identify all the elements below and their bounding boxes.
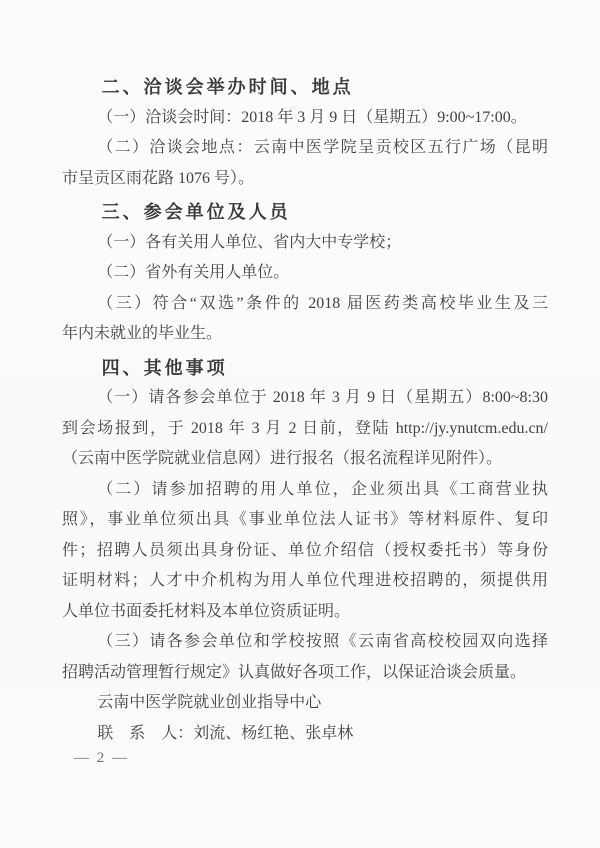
text-line: 人单位书面委托材料及本单位资质证明。 xyxy=(62,597,548,628)
paragraph: （二）请参加招聘的用人单位，企业须出具《工商营业执照》，事业单位须出具《事业单位… xyxy=(62,475,548,628)
paragraph: （一）请各参会单位于 2018 年 3 月 9 日（星期五）8:00~8:30到… xyxy=(62,383,548,475)
text-line: 云南中医学院就业创业指导中心 xyxy=(62,688,548,719)
document-body: 二、洽谈会举办时间、地点（一）洽谈会时间：2018 年 3 月 9 日（星期五）… xyxy=(62,72,548,749)
paragraph: （二）洽谈会地点：云南中医学院呈贡校区五行广场（昆明市呈贡区雨花路 1076 号… xyxy=(62,133,548,194)
text-line: （二）省外有关用人单位。 xyxy=(62,258,548,289)
paragraph: （二）省外有关用人单位。 xyxy=(62,258,548,289)
page-number: — 2 — xyxy=(74,750,129,767)
text-line: 市呈贡区雨花路 1076 号）。 xyxy=(62,164,548,195)
text-line: 联 系 人：刘流、杨红艳、张卓林 xyxy=(62,719,548,750)
paragraph: （三）请各参会单位和学校按照《云南省高校校园双向选择招聘活动管理暂行规定》认真做… xyxy=(62,627,548,688)
text-line: 招聘活动管理暂行规定》认真做好各项工作，以保证洽谈会质量。 xyxy=(62,658,548,689)
section-heading: 四、其他事项 xyxy=(62,353,548,384)
text-line: （二）请参加招聘的用人单位，企业须出具《工商营业执 xyxy=(62,475,548,506)
text-line: 四、其他事项 xyxy=(62,353,548,384)
text-line: 证明材料；人才中介机构为用人单位代理进校招聘的，须提供用 xyxy=(62,566,548,597)
text-line: 三、参会单位及人员 xyxy=(62,197,548,228)
text-line: （三）请各参会单位和学校按照《云南省高校校园双向选择 xyxy=(62,627,548,658)
text-line: （三）符合“双选”条件的 2018 届医药类高校毕业生及三 xyxy=(62,289,548,320)
text-line: （云南中医学院就业信息网）进行报名（报名流程详见附件）。 xyxy=(62,444,548,475)
scanned-document-page: 二、洽谈会举办时间、地点（一）洽谈会时间：2018 年 3 月 9 日（星期五）… xyxy=(0,0,600,848)
text-line: （二）洽谈会地点：云南中医学院呈贡校区五行广场（昆明 xyxy=(62,133,548,164)
text-line: 二、洽谈会举办时间、地点 xyxy=(62,72,548,103)
paragraph: 云南中医学院就业创业指导中心 xyxy=(62,688,548,719)
paragraph: （一）各有关用人单位、省内大中专学校； xyxy=(62,228,548,259)
text-line: 件；招聘人员须出具身份证、单位介绍信（授权委托书）等身份 xyxy=(62,536,548,567)
text-line: 到会场报到，于 2018 年 3 月 2 日前，登陆 http://jy.ynu… xyxy=(62,414,548,445)
paragraph: 联 系 人：刘流、杨红艳、张卓林 xyxy=(62,719,548,750)
section-heading: 二、洽谈会举办时间、地点 xyxy=(62,72,548,103)
text-line: （一）各有关用人单位、省内大中专学校； xyxy=(62,228,548,259)
text-line: 照》，事业单位须出具《事业单位法人证书》等材料原件、复印 xyxy=(62,505,548,536)
paragraph: （三）符合“双选”条件的 2018 届医药类高校毕业生及三年内未就业的毕业生。 xyxy=(62,289,548,350)
text-line: （一）请各参会单位于 2018 年 3 月 9 日（星期五）8:00~8:30 xyxy=(62,383,548,414)
text-line: 年内未就业的毕业生。 xyxy=(62,319,548,350)
text-line: （一）洽谈会时间：2018 年 3 月 9 日（星期五）9:00~17:00。 xyxy=(62,103,548,134)
paragraph: （一）洽谈会时间：2018 年 3 月 9 日（星期五）9:00~17:00。 xyxy=(62,103,548,134)
section-heading: 三、参会单位及人员 xyxy=(62,197,548,228)
